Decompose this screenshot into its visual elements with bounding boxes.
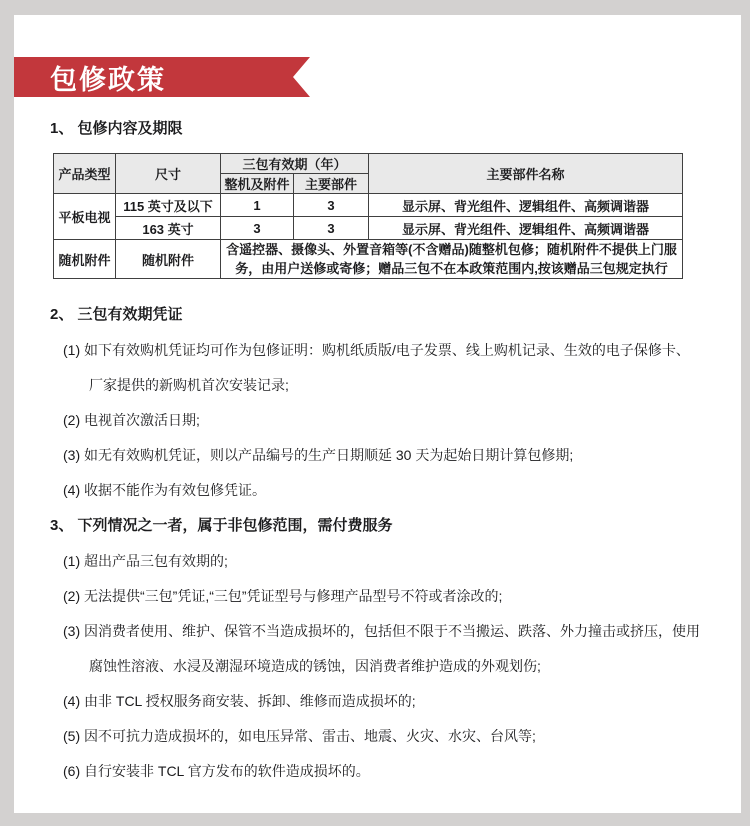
warranty-table: 产品类型 尺寸 三包有效期（年） 主要部件名称 整机及附件 主要部件 平板电视 … <box>53 153 683 279</box>
table-row: 平板电视 115 英寸及以下 1 3 显示屏、背光组件、逻辑组件、高频调谐器 <box>54 194 683 217</box>
cell-main-parts-years: 3 <box>294 194 369 217</box>
list-item: (2) 无法提供“三包”凭证,“三包”凭证型号与修理产品型号不符或者涂改的; <box>63 579 703 614</box>
cell-main-parts-years: 3 <box>294 217 369 240</box>
cell-size: 115 英寸及以下 <box>116 194 221 217</box>
list-item: (4) 由非 TCL 授权服务商安装、拆卸、维修而造成损坏的; <box>63 684 703 719</box>
table-row: 随机附件 随机附件 含遥控器、摄像头、外置音箱等(不含赠品)随整机包修；随机附件… <box>54 240 683 279</box>
cell-main-parts-name: 显示屏、背光组件、逻辑组件、高频调谐器 <box>369 194 683 217</box>
header-main-parts: 主要部件 <box>294 174 369 194</box>
cell-product-type: 平板电视 <box>54 194 116 240</box>
cell-whole-unit-years: 3 <box>221 217 294 240</box>
document-page: 包修政策 1、 包修内容及期限 产品类型 尺寸 三包有效期（年） 主要部件名称 … <box>14 15 741 813</box>
list-item: (2) 电视首次激活日期; <box>63 403 703 438</box>
header-main-parts-name: 主要部件名称 <box>369 154 683 194</box>
section-2-heading: 2、 三包有效期凭证 <box>50 307 741 323</box>
section-3-items: (1) 超出产品三包有效期的; (2) 无法提供“三包”凭证,“三包”凭证型号与… <box>63 544 703 789</box>
section-1-heading: 1、 包修内容及期限 <box>50 121 741 137</box>
cell-size: 163 英寸 <box>116 217 221 240</box>
list-item: (6) 自行安装非 TCL 官方发布的软件造成损坏的。 <box>63 754 703 789</box>
section-3-heading: 3、 下列情况之一者，属于非包修范围，需付费服务 <box>50 518 741 534</box>
table-header-row-1: 产品类型 尺寸 三包有效期（年） 主要部件名称 <box>54 154 683 174</box>
header-product-type: 产品类型 <box>54 154 116 194</box>
list-item: (3) 如无有效购机凭证，则以产品编号的生产日期顺延 30 天为起始日期计算包修… <box>63 438 703 473</box>
section-2-items: (1) 如下有效购机凭证均可作为包修证明：购机纸质版/电子发票、线上购机记录、生… <box>63 333 703 508</box>
page-title: 包修政策 <box>14 58 166 97</box>
cell-size: 随机附件 <box>116 240 221 279</box>
document-content: 1、 包修内容及期限 产品类型 尺寸 三包有效期（年） 主要部件名称 整机及附件… <box>14 121 741 789</box>
header-whole-unit: 整机及附件 <box>221 174 294 194</box>
title-ribbon: 包修政策 <box>14 57 310 97</box>
list-item: (4) 收据不能作为有效包修凭证。 <box>63 473 703 508</box>
cell-accessories-note: 含遥控器、摄像头、外置音箱等(不含赠品)随整机包修；随机附件不提供上门服务，由用… <box>221 240 683 279</box>
cell-main-parts-name: 显示屏、背光组件、逻辑组件、高频调谐器 <box>369 217 683 240</box>
cell-product-type: 随机附件 <box>54 240 116 279</box>
cell-whole-unit-years: 1 <box>221 194 294 217</box>
list-item: (5) 因不可抗力造成损坏的，如电压异常、雷击、地震、火灾、水灾、台风等; <box>63 719 703 754</box>
header-size: 尺寸 <box>116 154 221 194</box>
list-item: (3) 因消费者使用、维护、保管不当造成损坏的，包括但不限于不当搬运、跌落、外力… <box>63 614 703 684</box>
list-item: (1) 如下有效购机凭证均可作为包修证明：购机纸质版/电子发票、线上购机记录、生… <box>63 333 703 403</box>
table-row: 163 英寸 3 3 显示屏、背光组件、逻辑组件、高频调谐器 <box>54 217 683 240</box>
list-item: (1) 超出产品三包有效期的; <box>63 544 703 579</box>
header-warranty-period: 三包有效期（年） <box>221 154 369 174</box>
